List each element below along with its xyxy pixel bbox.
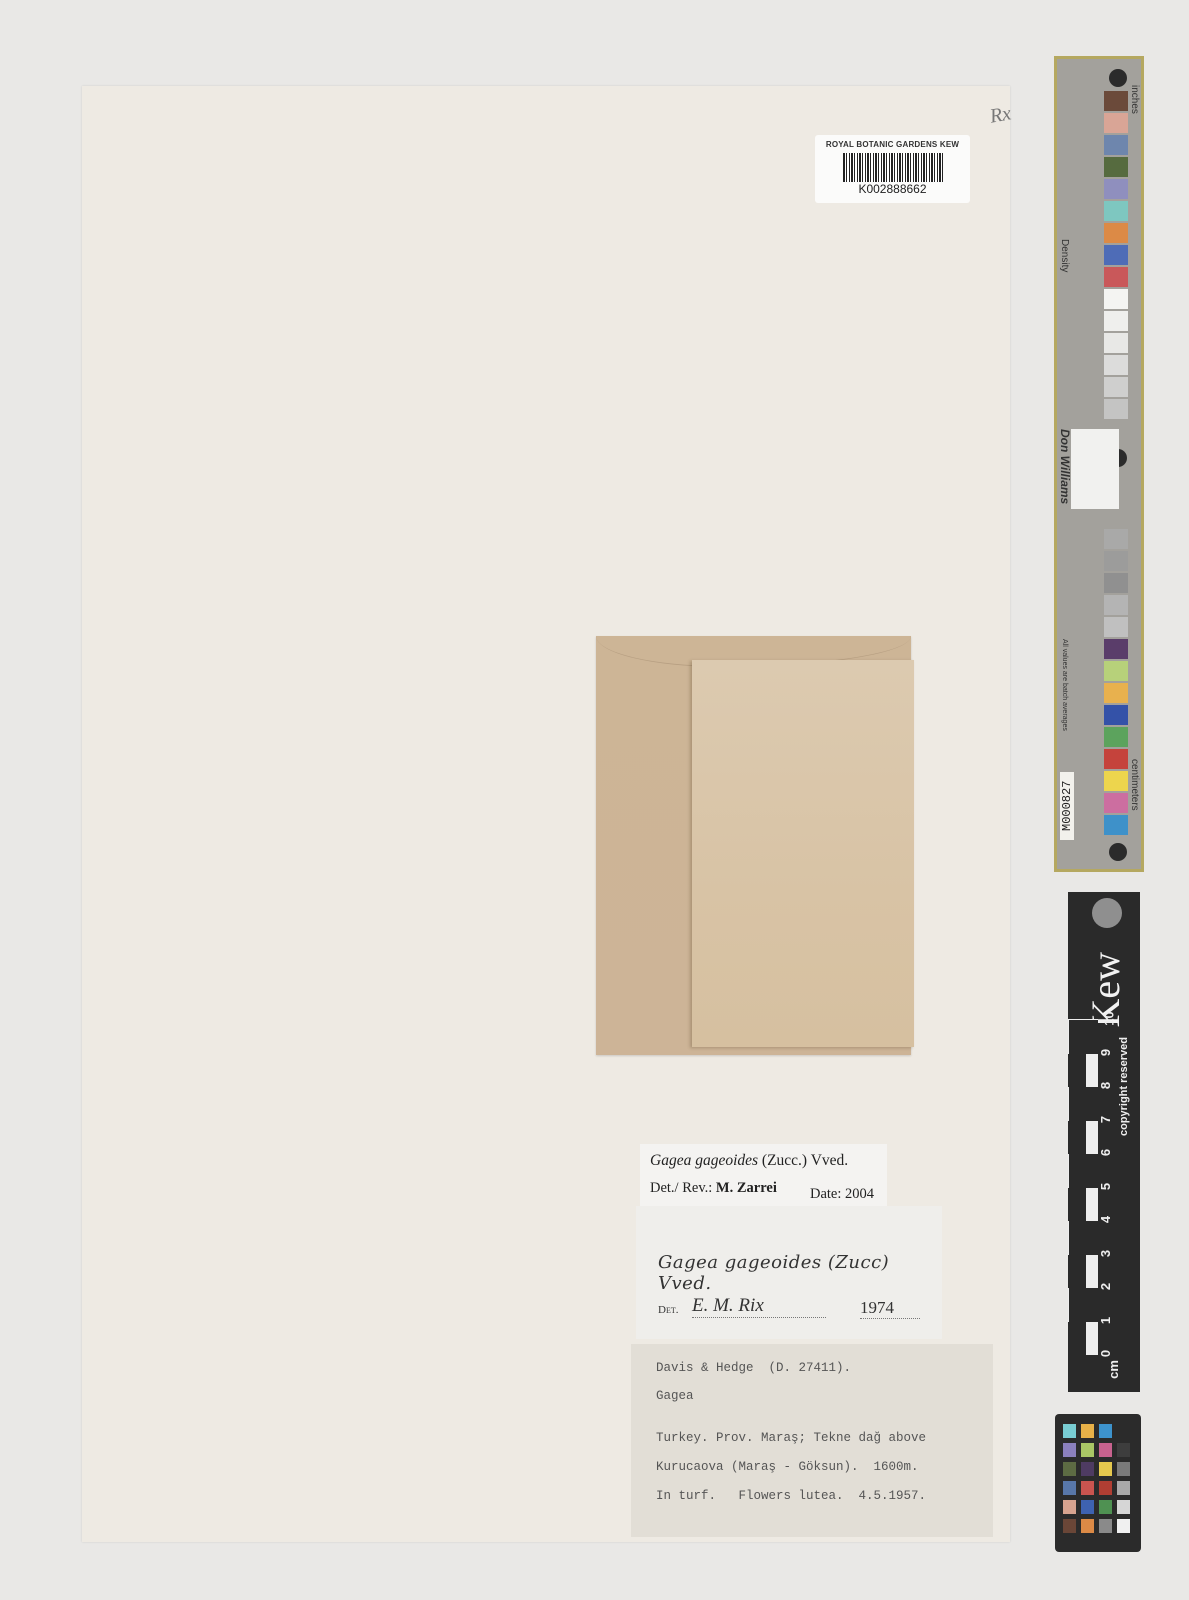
grey-scale-card [1071,429,1119,509]
color-calibration-ruler: inches centimeters Density Don Williams … [1054,56,1144,872]
centimeters-label: centimeters [1129,759,1140,811]
handwritten-taxon: Gagea gageoides (Zucc) Vved. [658,1252,942,1294]
genus-species: Gagea gageoides [650,1152,758,1169]
copyright-label: copyright reserved [1118,1037,1130,1136]
scale-segment [1068,1019,1098,1054]
determiner: Det./ Rev.: M. Zarrei [650,1180,777,1197]
genus-line: Gagea [656,1389,694,1403]
color-patch [1099,1500,1112,1514]
scale-number: 9 [1098,1048,1113,1055]
scale-segment [1068,1321,1098,1356]
scale-number: 6 [1098,1149,1113,1156]
color-patch [1117,1424,1130,1438]
scale-number: 5 [1098,1182,1113,1189]
color-patch [1117,1519,1130,1533]
color-patch [1063,1462,1076,1476]
locality-line-2: Kurucaova (Maraş - Göksun). 1600m. [656,1460,919,1474]
color-swatch [1104,815,1128,835]
scale-number: 3 [1098,1249,1113,1256]
color-swatch [1104,771,1128,791]
scale-number: 4 [1098,1216,1113,1223]
barcode-label: ROYAL BOTANIC GARDENS KEW K002888662 [815,135,970,203]
collector-line: Davis & Hedge (D. 27411). [656,1361,851,1375]
det-name: M. Zarrei [716,1180,777,1196]
color-patch [1063,1481,1076,1495]
color-swatch [1104,113,1128,133]
color-checker-grid [1063,1424,1130,1533]
color-swatch [1104,551,1128,571]
scale-number: 1 [1098,1316,1113,1323]
color-swatch [1104,595,1128,615]
collection-label: Davis & Hedge (D. 27411). Gagea Turkey. … [631,1344,993,1537]
scale-number: 0 [1098,1350,1113,1357]
taxon-name: Gagea gageoides (Zucc.) Vved. [650,1152,848,1170]
specimen-envelope[interactable] [596,636,911,1055]
color-swatch [1104,179,1128,199]
color-patch [1081,1424,1094,1438]
color-swatch [1104,245,1128,265]
scale-segment [1068,1220,1098,1255]
color-swatch [1104,311,1128,331]
color-patch [1117,1481,1130,1495]
scale-segment [1068,1287,1098,1322]
color-swatch [1104,639,1128,659]
color-patch [1117,1500,1130,1514]
habitat-date-line: In turf. Flowers lutea. 4.5.1957. [656,1489,926,1503]
color-patch [1099,1481,1112,1495]
ruler-hole-icon [1109,843,1127,861]
color-swatch [1104,793,1128,813]
color-patch [1081,1481,1094,1495]
color-swatch [1104,267,1128,287]
authority: (Zucc.) Vved. [762,1152,848,1169]
determination-slip-handwritten: Gagea gageoides (Zucc) Vved. Det. E. M. … [636,1206,942,1339]
color-swatch [1104,399,1128,419]
institution-name: ROYAL BOTANIC GARDENS KEW [815,140,970,149]
color-patch [1081,1443,1094,1457]
scale-number: 8 [1098,1082,1113,1089]
det-date: Date: 2004 [810,1186,874,1203]
color-swatch [1104,201,1128,221]
swatch-column-top [1104,91,1128,421]
color-patch [1117,1443,1130,1457]
scale-segment [1068,1153,1098,1188]
color-patch [1099,1443,1112,1457]
scale-segment [1068,1254,1098,1289]
color-swatch [1104,355,1128,375]
color-swatch [1104,289,1128,309]
ruler-note: All values are batch averages [1061,639,1068,731]
color-checker-card [1055,1414,1141,1552]
color-patch [1063,1519,1076,1533]
inches-label: inches [1129,85,1140,114]
color-swatch [1104,727,1128,747]
barcode-number: K002888662 [815,182,970,196]
density-label: Density [1059,239,1070,272]
color-swatch [1104,683,1128,703]
det-name-handwritten: E. M. Rix [692,1295,826,1318]
color-patch [1063,1443,1076,1457]
ruler-hole-icon [1109,69,1127,87]
scale-number: 2 [1098,1283,1113,1290]
scale-number: 7 [1098,1115,1113,1122]
color-patch [1099,1424,1112,1438]
color-swatch [1104,705,1128,725]
color-swatch [1104,157,1128,177]
color-swatch [1104,333,1128,353]
unit-label: cm [1106,1360,1121,1379]
scale-segment [1068,1120,1098,1155]
det-label: Det. [658,1304,678,1316]
scale-segment [1068,1187,1098,1222]
determination-slip-printed: Gagea gageoides (Zucc.) Vved. Det./ Rev.… [640,1144,887,1209]
kew-scale-bar: Kew copyright reserved 012345678910 cm [1068,892,1140,1392]
swatch-column-bottom [1104,529,1128,837]
color-swatch [1104,617,1128,637]
color-swatch [1104,661,1128,681]
color-patch [1117,1462,1130,1476]
color-swatch [1104,573,1128,593]
scale-number: 10 [1102,1011,1117,1025]
corner-annotation: Rx [988,102,1013,128]
scale-segment [1068,1053,1098,1088]
color-patch [1081,1500,1094,1514]
kew-crest-icon [1092,898,1122,928]
brand-label: Don Williams [1058,429,1072,504]
color-patch [1063,1424,1076,1438]
color-swatch [1104,529,1128,549]
locality-line-1: Turkey. Prov. Maraş; Tekne dağ above [656,1431,926,1445]
color-swatch [1104,91,1128,111]
scale-segment [1068,1086,1098,1121]
color-swatch [1104,749,1128,769]
color-patch [1063,1500,1076,1514]
det-year: 1974 [860,1298,920,1319]
color-patch [1081,1519,1094,1533]
envelope-front-flap[interactable] [692,660,914,1047]
color-patch [1081,1462,1094,1476]
barcode-icon [843,153,943,182]
color-patch [1099,1462,1112,1476]
color-swatch [1104,377,1128,397]
ruler-serial: M000827 [1060,772,1074,840]
det-prefix: Det./ Rev.: [650,1180,712,1196]
color-swatch [1104,135,1128,155]
color-patch [1099,1519,1112,1533]
color-swatch [1104,223,1128,243]
